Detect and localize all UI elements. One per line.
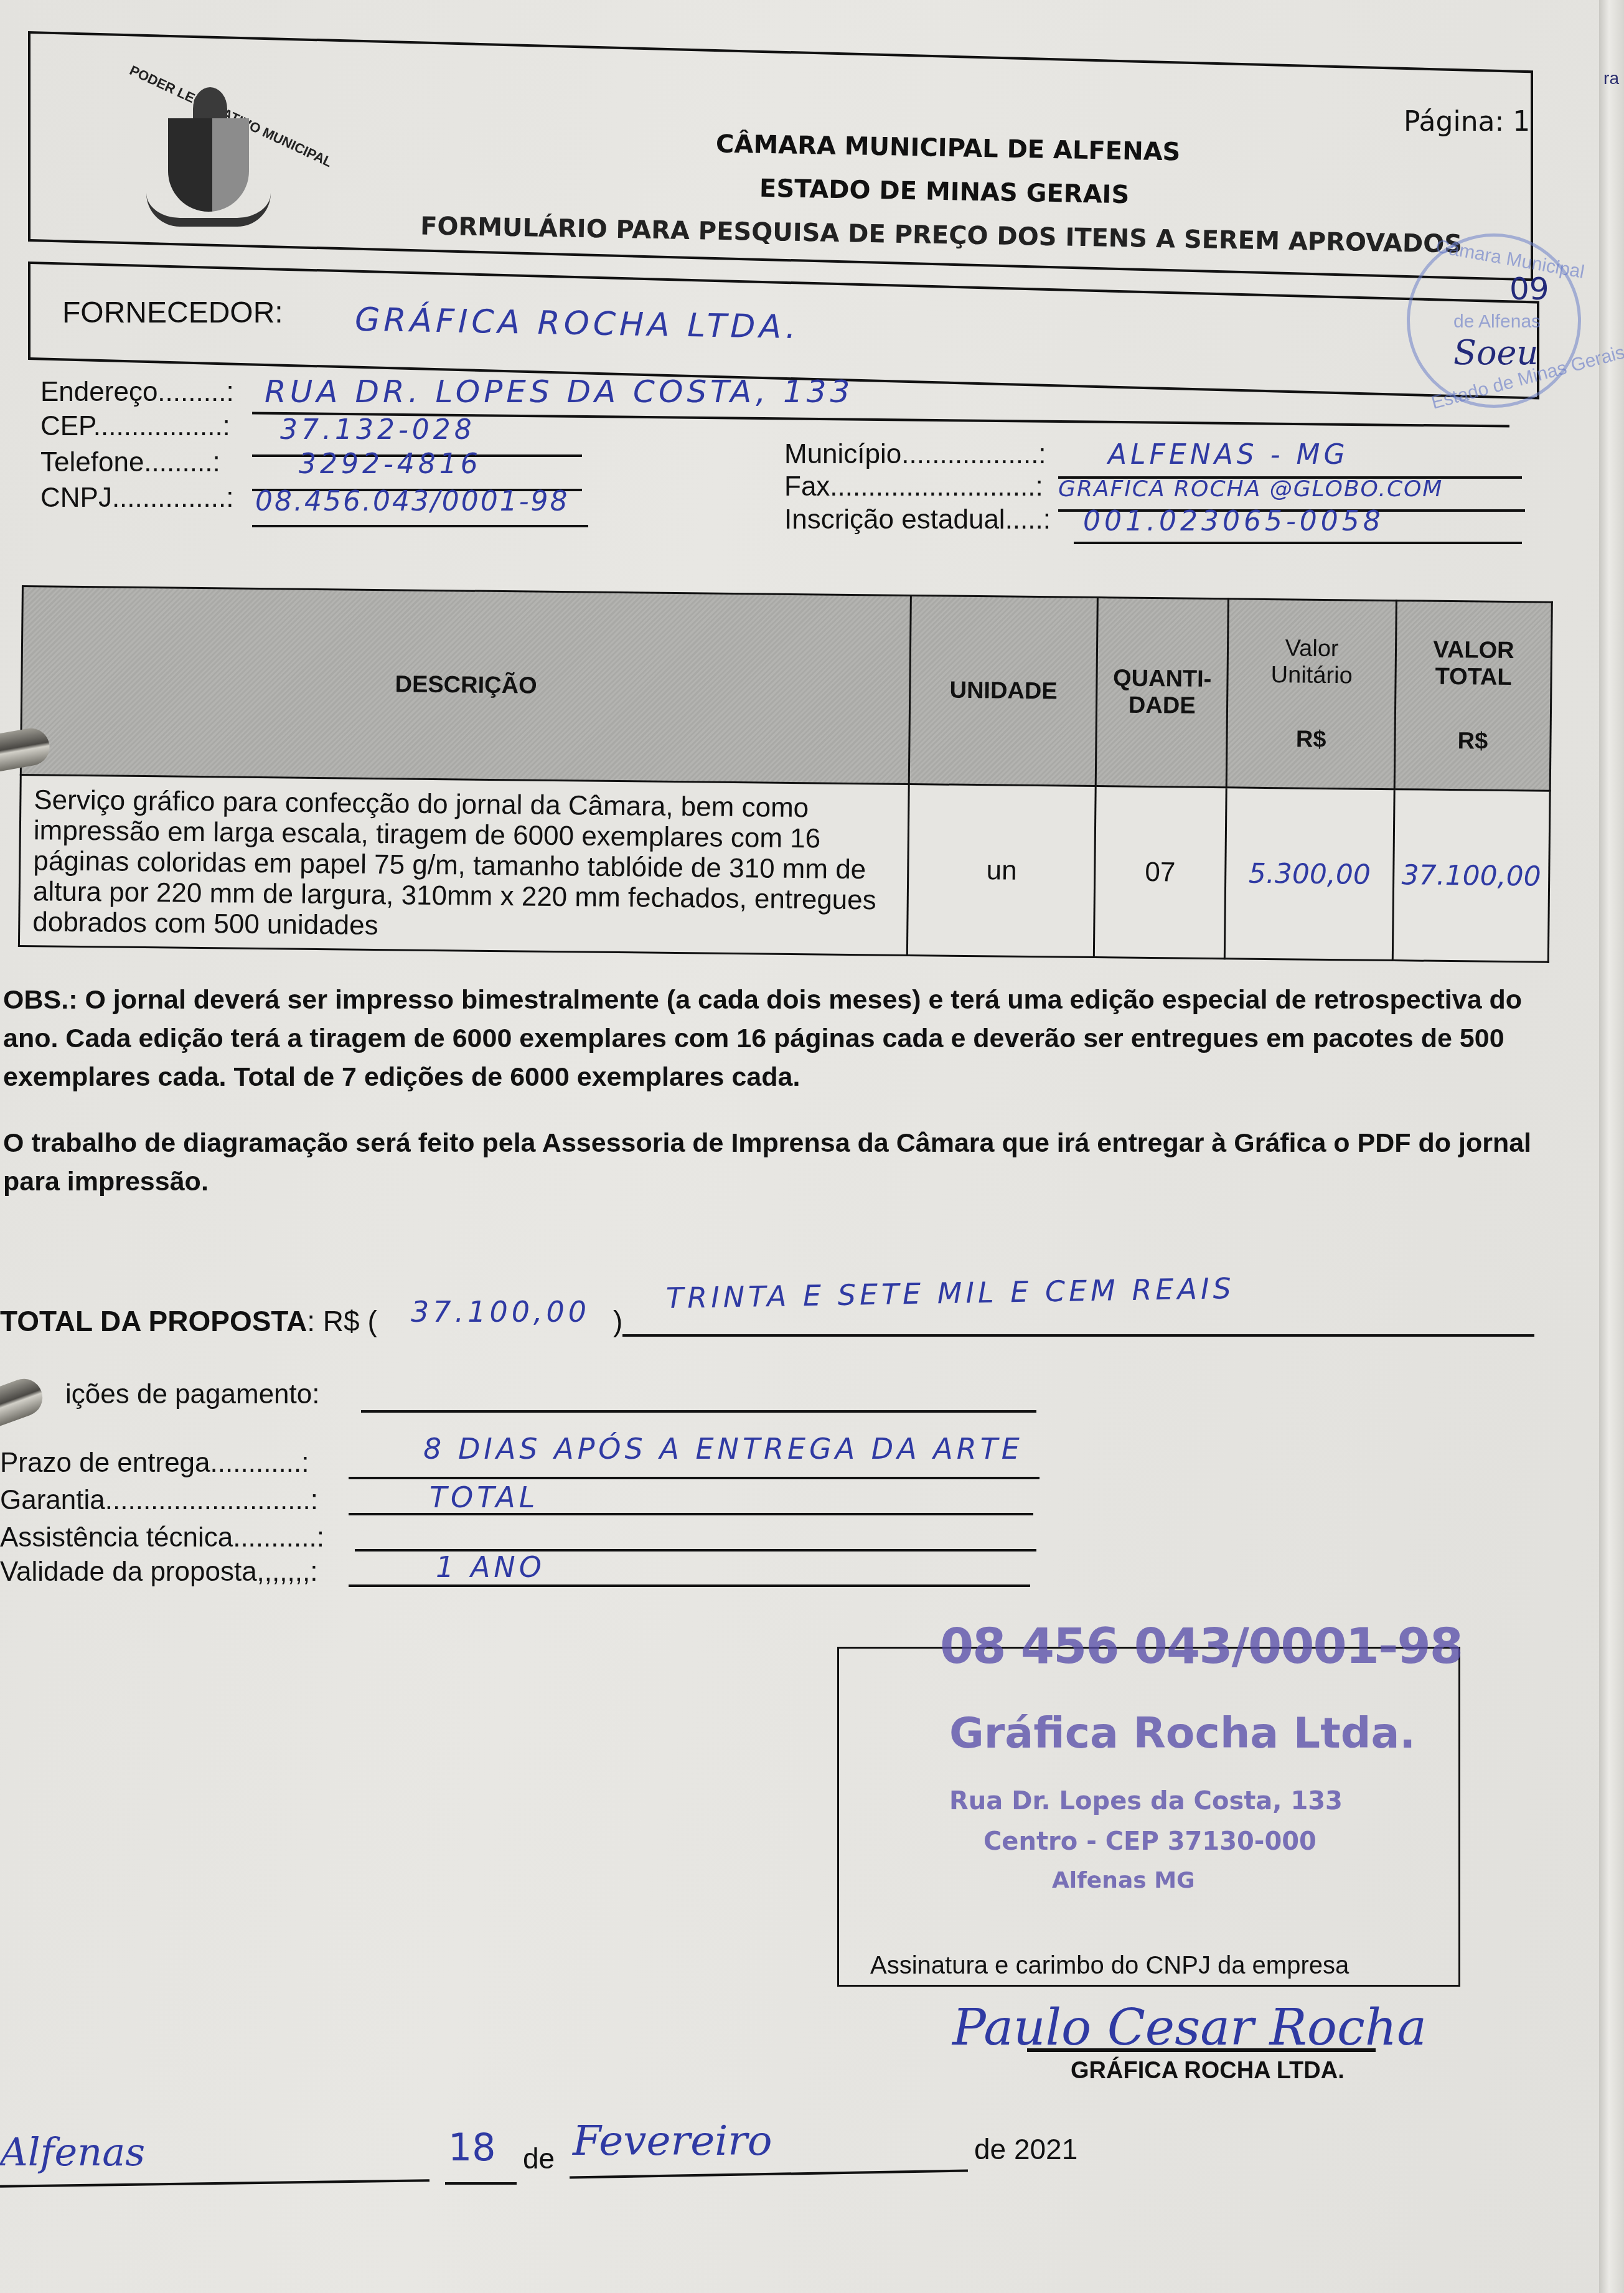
supplier-value[interactable]: GRÁFICA ROCHA LTDA.	[355, 301, 800, 346]
assistencia-label: Assistência técnica...........:	[0, 1522, 324, 1553]
coat-of-arms-logo: PODER LEGISLATIVO MUNICIPAL	[134, 62, 283, 237]
prazo-underline	[349, 1477, 1040, 1479]
adjacent-page-mark: ra	[1603, 68, 1619, 88]
pagamento-underline[interactable]	[361, 1410, 1036, 1413]
fax-value[interactable]: GRAFICA ROCHA @GLOBO.COM	[1058, 476, 1443, 502]
cell-valor-total[interactable]: 37.100,00	[1392, 789, 1550, 963]
date-day[interactable]: 18	[448, 2126, 495, 2170]
cell-quantidade: 07	[1094, 786, 1227, 959]
fax-field: Fax...........................:	[784, 471, 1043, 502]
fax-label: Fax...........................:	[784, 471, 1043, 502]
stamp-address: Rua Dr. Lopes da Costa, 133	[949, 1787, 1343, 1815]
total-currency: : R$ (	[307, 1305, 377, 1337]
stamp-company-name: Gráfica Rocha Ltda.	[949, 1709, 1415, 1758]
signature-printed-name: GRÁFICA ROCHA LTDA.	[1071, 2058, 1345, 2084]
date-year: de 2021	[974, 2132, 1077, 2166]
validade-value[interactable]: 1 ANO	[436, 1550, 545, 1584]
items-table: DESCRIÇÃO UNIDADE QUANTI- DADE Valor Uni…	[18, 585, 1553, 963]
total-close-paren: )	[613, 1304, 622, 1338]
garantia-label: Garantia...........................:	[0, 1485, 318, 1516]
camara-seal-stamp: Câmara Municipal de Alfenas Estado de Mi…	[1407, 233, 1581, 408]
stamp-city: Alfenas MG	[1052, 1868, 1195, 1893]
inscricao-label: Inscrição estadual.....:	[784, 504, 1051, 535]
stamp-cep: Centro - CEP 37130-000	[983, 1827, 1317, 1856]
cep-value[interactable]: 37.132-028	[280, 414, 476, 446]
date-de-label: de	[523, 2142, 555, 2175]
diagramming-paragraph: O trabalho de diagramação será feito pel…	[3, 1124, 1547, 1201]
seal-middle-text: de Alfenas	[1453, 311, 1541, 332]
prazo-value[interactable]: 8 DIAS APÓS A ENTREGA DA ARTE	[423, 1432, 1023, 1466]
col-unidade: UNIDADE	[909, 595, 1098, 786]
validade-underline	[349, 1584, 1030, 1587]
stamp-cnpj: 08 456 043/0001-98	[940, 1619, 1462, 1675]
inscricao-field: Inscrição estadual.....:	[784, 504, 1051, 535]
signature-line	[1027, 2048, 1376, 2052]
date-day-underline	[445, 2182, 517, 2185]
garantia-value[interactable]: TOTAL	[429, 1481, 538, 1514]
municipio-value[interactable]: ALFENAS - MG	[1108, 439, 1349, 471]
cell-valor-unitario[interactable]: 5.300,00	[1224, 788, 1394, 961]
cep-label: CEP.................:	[40, 411, 230, 441]
col-valor-total: VALOR TOTAL R$	[1394, 601, 1552, 791]
observations-paragraph: OBS.: O jornal deverá ser impresso bimes…	[3, 981, 1547, 1096]
prazo-label: Prazo de entrega............:	[0, 1448, 309, 1479]
cnpj-underline	[252, 525, 588, 527]
total-value[interactable]: 37.100,00	[411, 1295, 590, 1329]
cnpj-field: CNPJ...............:	[40, 483, 234, 514]
table-header-row: DESCRIÇÃO UNIDADE QUANTI- DADE Valor Uni…	[21, 586, 1552, 791]
telefone-label: Telefone.........:	[40, 447, 220, 478]
cell-descricao: Serviço gráfico para confecção do jornal…	[19, 775, 909, 955]
cnpj-value[interactable]: 08.456.043/0001-98	[255, 486, 570, 517]
date-month[interactable]: Fevereiro	[573, 2117, 772, 2165]
municipio-field: Município..................:	[784, 439, 1046, 470]
municipio-label: Município..................:	[784, 439, 1046, 469]
seal-initials: Soeu	[1453, 333, 1538, 372]
inscricao-underline	[1074, 542, 1522, 544]
company-stamp-box: Assinatura e carimbo do CNPJ da empresa	[837, 1647, 1460, 1987]
cep-field: CEP.................:	[40, 411, 230, 442]
pagamento-label: ições de pagamento:	[65, 1379, 320, 1410]
page-number: Página: 1	[1404, 106, 1530, 138]
total-underline	[622, 1334, 1534, 1337]
supplier-label: FORNECEDOR:	[62, 296, 283, 330]
col-quantidade: QUANTI- DADE	[1096, 598, 1228, 788]
endereco-field: Endereço.........:	[40, 377, 234, 408]
garantia-underline	[349, 1513, 1033, 1515]
total-line: TOTAL DA PROPOSTA: R$ (	[0, 1304, 377, 1338]
endereco-value[interactable]: RUA DR. LOPES DA COSTA, 133	[265, 374, 853, 410]
col-descricao: DESCRIÇÃO	[21, 586, 911, 784]
validade-label: Validade da proposta,,,,,,,:	[0, 1556, 317, 1588]
inscricao-value[interactable]: 001.023065-0058	[1083, 506, 1384, 537]
cell-unidade: un	[908, 784, 1096, 957]
endereco-label: Endereço.........:	[40, 377, 234, 407]
stamp-caption: Assinatura e carimbo do CNPJ da empresa	[870, 1952, 1349, 1980]
seal-handwritten-number: 09	[1509, 271, 1549, 307]
col-valor-unitario: Valor Unitário R$	[1226, 599, 1396, 789]
date-city[interactable]: Alfenas	[0, 2129, 145, 2175]
cnpj-label: CNPJ...............:	[40, 483, 234, 513]
table-row: Serviço gráfico para confecção do jornal…	[19, 775, 1550, 962]
telefone-value[interactable]: 3292-4816	[299, 448, 482, 480]
ribbon-icon	[146, 193, 271, 227]
total-label: TOTAL DA PROPOSTA	[0, 1305, 307, 1337]
telefone-field: Telefone.........:	[40, 447, 220, 478]
